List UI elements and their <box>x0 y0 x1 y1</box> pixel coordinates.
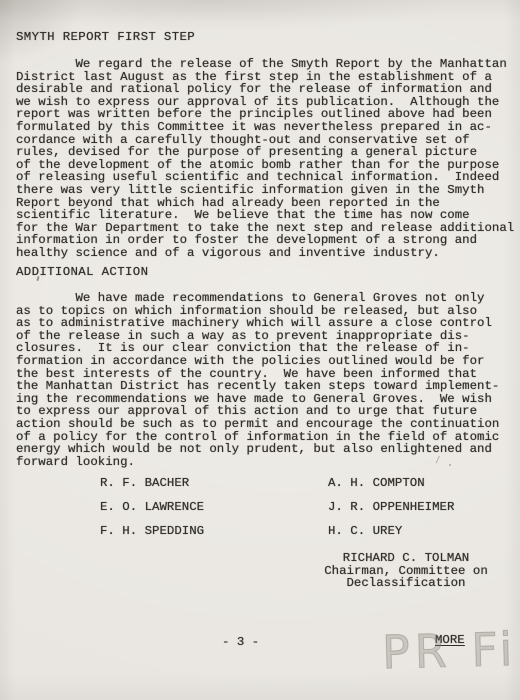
page-number: - 3 - <box>222 636 259 649</box>
signature-urey: H. C. UREY <box>328 525 402 538</box>
section-heading-smyth-report: SMYTH REPORT FIRST STEP <box>16 31 195 44</box>
signature-compton: A. H. COMPTON <box>328 477 425 490</box>
section-heading-additional-action: ADDITIONAL ACTION <box>16 266 148 279</box>
handwritten-pencil-note: PR File <box>382 642 520 659</box>
pencil-smudge <box>449 464 451 466</box>
paragraph-additional-action: We have made recommendations to General … <box>16 292 499 468</box>
signature-spedding: F. H. SPEDDING <box>100 525 204 538</box>
paragraph-smyth-report: We regard the release of the Smyth Repor… <box>16 58 514 260</box>
chairman-name: RICHARD C. TOLMAN <box>318 552 494 565</box>
scanned-document-page: SMYTH REPORT FIRST STEP We regard the re… <box>0 0 520 700</box>
chairman-signature-block: RICHARD C. TOLMAN Chairman, Committee on… <box>318 552 494 590</box>
signature-oppenheimer: J. R. OPPENHEIMER <box>328 501 454 514</box>
chairman-title-line-2: Declassification <box>318 577 494 590</box>
signature-lawrence: E. O. LAWRENCE <box>100 501 204 514</box>
signature-bacher: R. F. BACHER <box>100 477 189 490</box>
